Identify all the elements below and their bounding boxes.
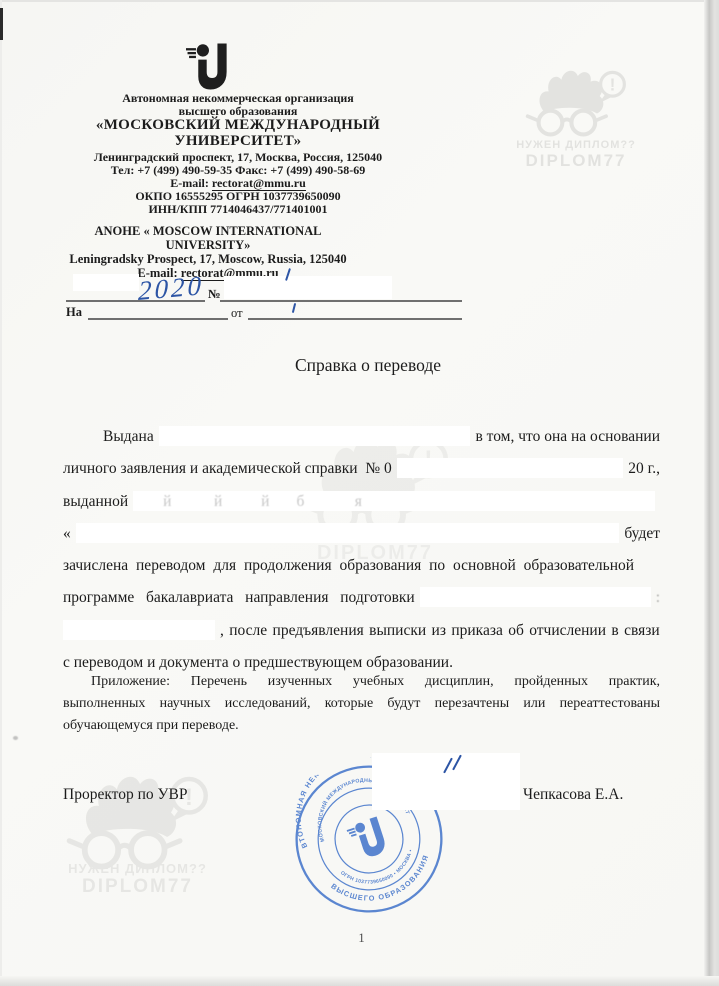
body-text: в том, что она на основании bbox=[475, 428, 660, 446]
attachment-line: Приложение: Перечень изученных учебных д… bbox=[63, 671, 660, 693]
body-line-5: зачислена переводом для продолжения обра… bbox=[63, 554, 660, 575]
redaction-box bbox=[76, 523, 620, 543]
body-text: зачислена переводом для продолжения обра… bbox=[63, 557, 634, 575]
email-label: E-mail: bbox=[170, 176, 212, 190]
body-text: выданной bbox=[63, 493, 128, 511]
signer-name: Чепкасова Е.А. bbox=[523, 786, 623, 804]
redaction-box bbox=[224, 276, 392, 299]
watermark-text: НУЖЕН ДИПЛОМ?? bbox=[55, 861, 220, 876]
faint-text-traces: й й й б я bbox=[163, 493, 362, 511]
university-logo-icon bbox=[186, 40, 232, 90]
org-name-en-line1: ANOHE « MOSCOW INTERNATIONAL bbox=[23, 224, 393, 238]
watermark-top-right: ! НУЖЕН ДИПЛОМ?? DIPLOM77 bbox=[516, 66, 636, 171]
ref-underline bbox=[88, 318, 228, 320]
page-edge-top bbox=[0, 0, 719, 2]
body-line-1: Выдана в том, что она на основании bbox=[63, 425, 660, 446]
org-name-line1: «МОСКОВСКИЙ МЕЖДУНАРОДНЫЙ bbox=[53, 118, 423, 134]
redaction-box bbox=[420, 587, 651, 607]
org-address-en: Leningradsky Prospect, 17, Moscow, Russi… bbox=[23, 252, 393, 266]
page-number: 1 bbox=[63, 931, 660, 946]
attachment-paragraph: Приложение: Перечень изученных учебных д… bbox=[63, 671, 660, 737]
redaction-box bbox=[73, 274, 139, 291]
page-edge-right bbox=[704, 0, 719, 986]
watermark-brand: DIPLOM77 bbox=[55, 876, 220, 898]
attachment-line: обучающемуся при переводе. bbox=[63, 715, 660, 737]
body-text: личного заявления и академической справк… bbox=[63, 460, 392, 478]
org-name-en-line2: UNIVERSITY» bbox=[23, 238, 393, 252]
scan-speck bbox=[13, 736, 18, 740]
ref-underline bbox=[248, 318, 462, 320]
redaction-box bbox=[397, 458, 624, 478]
body-line-4: « будет bbox=[63, 522, 660, 543]
attachment-line: выполненных научных исследований, которы… bbox=[63, 693, 660, 715]
body-text: « bbox=[63, 525, 71, 543]
org-name-line2: УНИВЕРСИТЕТ» bbox=[53, 134, 423, 150]
ot-label: от bbox=[231, 306, 243, 321]
redaction-box bbox=[159, 426, 471, 446]
stamp-center-logo-icon bbox=[346, 816, 388, 861]
document-title: Справка о переводе bbox=[63, 355, 673, 376]
body-line-2: личного заявления и академической справк… bbox=[63, 457, 660, 478]
watermark-text: НУЖЕН ДИПЛОМ?? bbox=[516, 139, 636, 151]
faint-text-traces: : bbox=[656, 589, 660, 607]
watermark-brand: DIPLOM77 bbox=[516, 151, 636, 171]
page-edge-left bbox=[0, 0, 2, 986]
body-line-6: программе бакалавриата направления подго… bbox=[63, 586, 660, 607]
redaction-box: й й й б я bbox=[133, 491, 655, 511]
document-page: ! НУЖЕН ДИПЛОМ?? DIPLOM77 ! НУЖЕН ДИПЛОМ… bbox=[0, 0, 719, 986]
body-line-8: с переводом и документа о предшествующем… bbox=[63, 651, 660, 672]
signer-position: Проректор по УВР bbox=[63, 786, 187, 804]
ref-underline bbox=[220, 300, 462, 302]
ref-underline bbox=[66, 300, 205, 302]
body-text: 20 г., bbox=[628, 460, 660, 478]
letterhead-russian: Автономная некоммерческая организация вы… bbox=[53, 92, 423, 216]
body-text: программе бакалавриата направления подго… bbox=[63, 589, 415, 607]
page-edge-bottom bbox=[0, 976, 719, 986]
body-text: с переводом и документа о предшествующем… bbox=[63, 654, 453, 672]
body-line-7: , после предъявления выписки из приказа … bbox=[63, 619, 660, 640]
redaction-box bbox=[372, 753, 520, 810]
body-text: будет bbox=[624, 525, 660, 543]
number-sign: № bbox=[208, 287, 221, 302]
na-label: На bbox=[66, 305, 82, 320]
body-text: , после предъявления выписки из приказа … bbox=[220, 622, 660, 640]
body-text: Выдана bbox=[103, 428, 154, 446]
redaction-box bbox=[63, 620, 215, 640]
watermark-bubble-exclamation: ! bbox=[610, 75, 616, 95]
org-inn-kpp: ИНН/КПП 7714046437/771401001 bbox=[53, 203, 423, 216]
scan-artifact-mark bbox=[0, 8, 3, 40]
pen-mark bbox=[292, 303, 296, 313]
body-line-3: выданной й й й б я bbox=[63, 490, 660, 511]
